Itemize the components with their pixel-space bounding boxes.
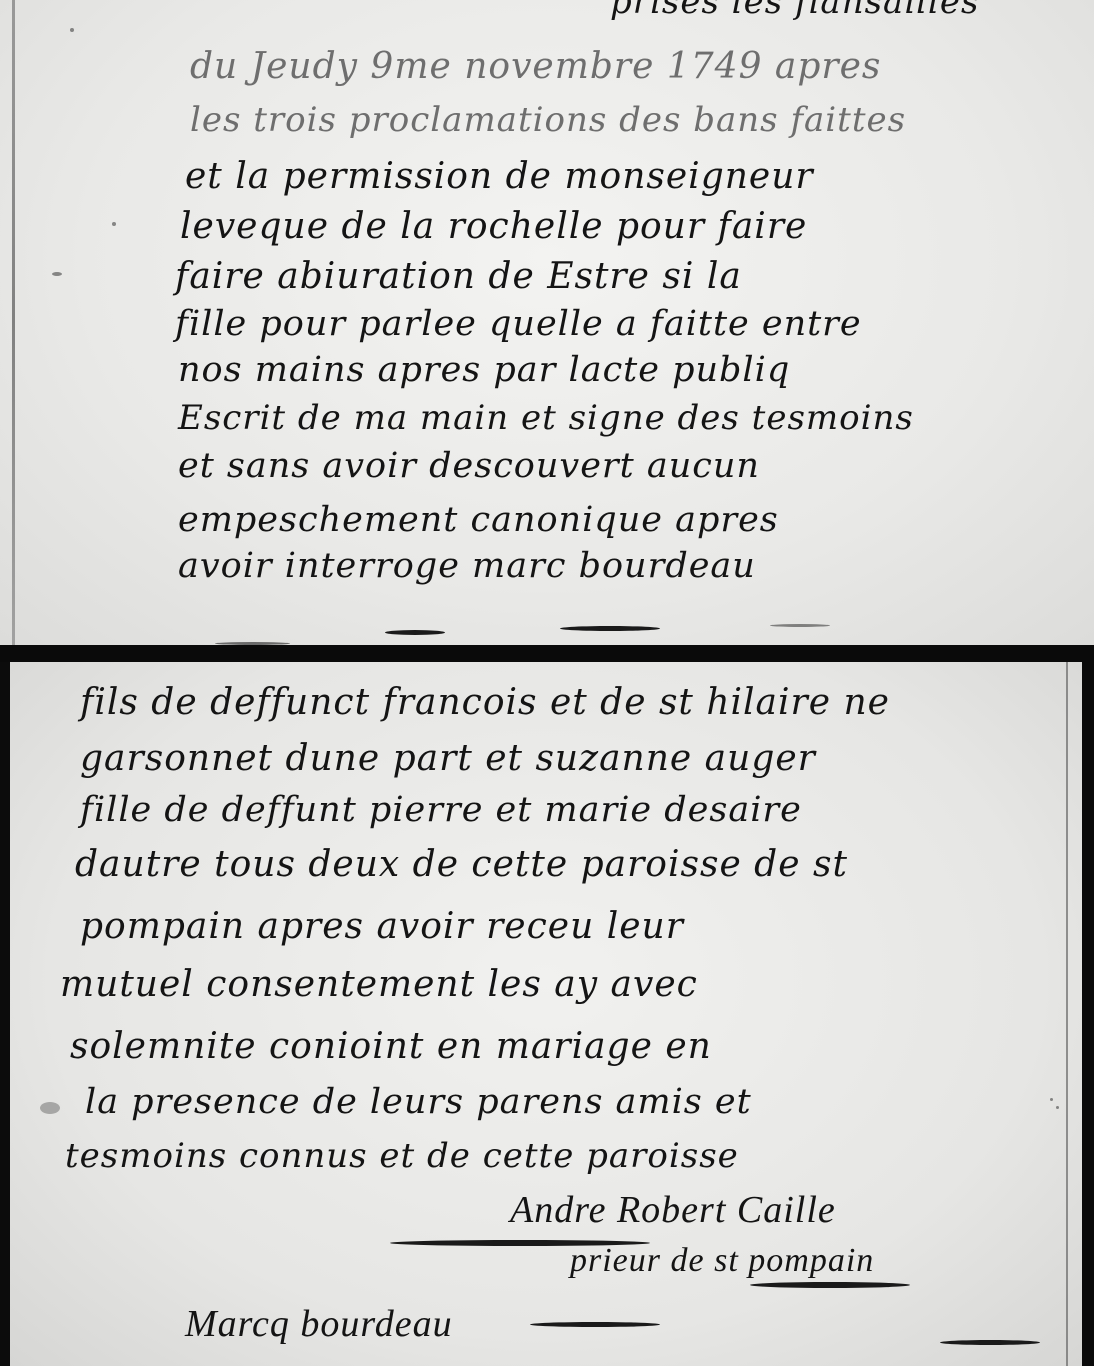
margin-rule [12,0,15,645]
handwritten-line: leveque de la rochelle pour faire [180,206,807,247]
handwritten-line: garsonnet dune part et suzanne auger [80,738,816,779]
paper-speck [112,222,116,226]
handwritten-line: solemnite conioint en mariage en [70,1026,712,1067]
signature-flourish [940,1340,1040,1345]
handwritten-line: tesmoins connus et de cette paroisse [65,1136,739,1176]
signature-flourish [750,1282,910,1288]
handwritten-line: et la permission de monseigneur [185,156,814,197]
handwritten-line: et sans avoir descouvert aucun [178,446,760,486]
decorative-flourish [385,630,445,635]
signature-priest: Andre Robert Caille [510,1188,836,1232]
register-fragment-bottom: fils de deffunct francois et de st hilai… [10,662,1082,1366]
paper-speck [70,28,74,32]
handwritten-line: fille pour parlee quelle a faitte entre [175,304,862,344]
paper-speck [1056,1106,1059,1109]
handwritten-line: empeschement canonique apres [178,500,779,540]
signature-flourish [390,1240,650,1246]
handwritten-line: fille de deffunt pierre et marie desaire [80,790,802,830]
handwritten-line: dautre tous deux de cette paroisse de st [75,844,848,885]
paper-speck [1050,1098,1053,1101]
decorative-flourish [560,626,660,631]
signature-title: prieur de st pompain [570,1242,874,1280]
ink-smudge [40,1102,60,1114]
handwritten-line: Escrit de ma main et signe des tesmoins [178,398,914,438]
handwritten-line: pompain apres avoir receu leur [80,906,684,947]
signature-groom: Marcq bourdeau [185,1302,453,1346]
handwritten-line: les trois proclamations des bans faittes [190,100,906,140]
handwritten-line: mutuel consentement les ay avec [60,964,698,1005]
decorative-flourish [770,624,830,627]
scan-right-edge [1082,662,1094,1366]
handwritten-line: faire abiuration de Estre si la [175,256,742,297]
handwritten-line: la presence de leurs parens amis et [85,1082,752,1122]
register-fragment-top: prises les fiansailles du Jeudy 9me nove… [0,0,1094,645]
handwritten-line: fils de deffunct francois et de st hilai… [80,682,890,723]
scan-separator [0,645,1094,662]
handwritten-line: du Jeudy 9me novembre 1749 apres [190,46,881,87]
page-edge-rule [1066,662,1068,1366]
signature-flourish [530,1322,660,1327]
handwritten-line: nos mains apres par lacte publiq [178,350,790,390]
paper-speck [52,272,62,276]
handwritten-line: prises les fiansailles [610,0,980,22]
handwritten-line: avoir interroge marc bourdeau [178,546,756,586]
